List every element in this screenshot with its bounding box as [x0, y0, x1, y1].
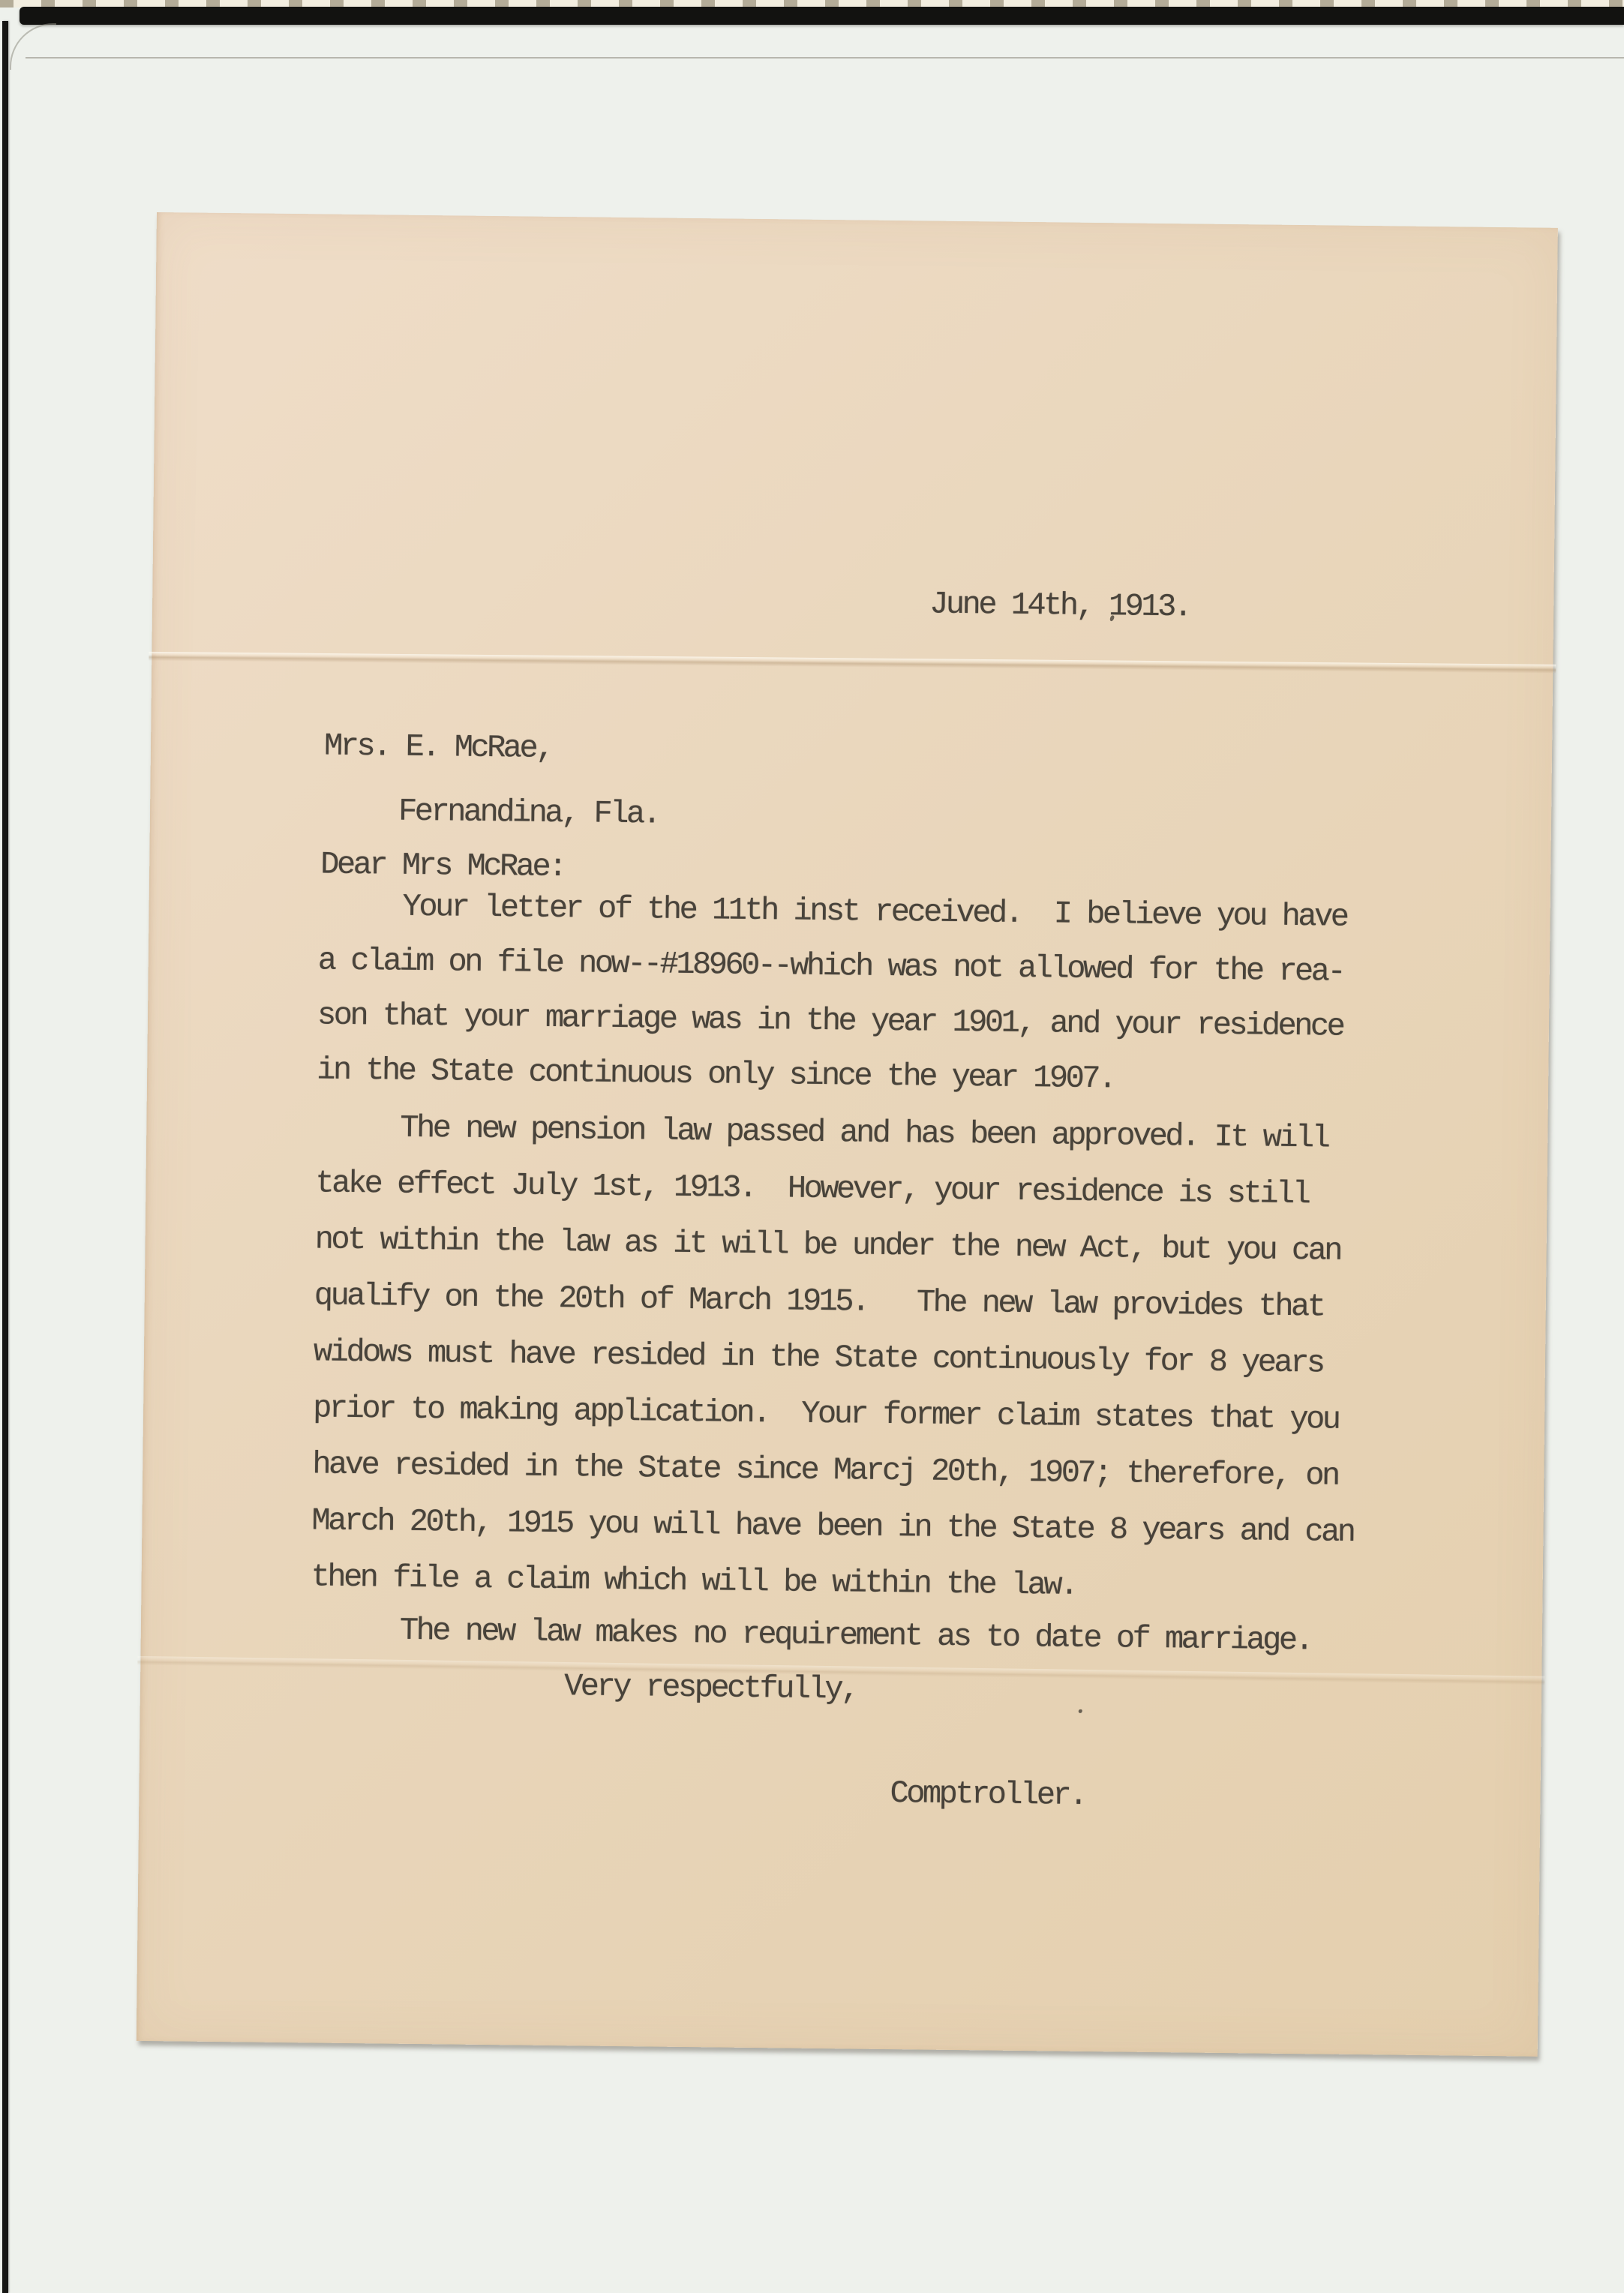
- body-line: a claim on file now--#18960--which was n…: [318, 945, 1344, 986]
- letter-paper: June 14th, 1913. Mrs. E. McRae, Fernandi…: [137, 212, 1558, 2057]
- body-line: then file a claim which will be within t…: [311, 1562, 1076, 1600]
- body-line: not within the law as it will be under t…: [314, 1224, 1340, 1265]
- signature-title: Comptroller.: [890, 1778, 1085, 1811]
- recipient-city: Fernandina, Fla.: [398, 797, 659, 830]
- body-line: The new law makes no requirement as to d…: [400, 1616, 1312, 1656]
- backing-seam-line: [26, 57, 1624, 59]
- body-line: widows must have resided in the State co…: [314, 1337, 1323, 1378]
- backing-rounded-corner: [10, 23, 56, 70]
- body-line: qualify on the 20th of March 1915. The n…: [314, 1280, 1324, 1322]
- letter-date: June 14th, 1913.: [929, 590, 1190, 623]
- paper-fold-crease-top: [149, 652, 1556, 674]
- salutation: Dear Mrs McRae:: [320, 849, 565, 882]
- body-line: The new pension law passed and has been …: [400, 1113, 1328, 1154]
- body-line: take effect July 1st, 1913. However, you…: [315, 1168, 1308, 1209]
- body-line: son that your marriage was in the year 1…: [317, 1000, 1343, 1041]
- body-line: March 20th, 1915 you will have been in t…: [311, 1505, 1353, 1547]
- body-line: Your letter of the 11th inst received. I…: [402, 892, 1346, 932]
- body-line: in the State continuous only since the y…: [317, 1055, 1115, 1094]
- recipient-name: Mrs. E. McRae,: [324, 731, 552, 764]
- closing-line: Very respectfully,: [564, 1671, 857, 1704]
- ink-speck: [1079, 1709, 1082, 1713]
- body-line: have resided in the State since Marcj 20…: [312, 1449, 1338, 1490]
- scan-frame-left-band: [2, 21, 8, 2293]
- scan-frame-top-band: [20, 7, 1624, 25]
- scan-background: June 14th, 1913. Mrs. E. McRae, Fernandi…: [0, 0, 1624, 2293]
- body-line: prior to making application. Your former…: [313, 1393, 1339, 1434]
